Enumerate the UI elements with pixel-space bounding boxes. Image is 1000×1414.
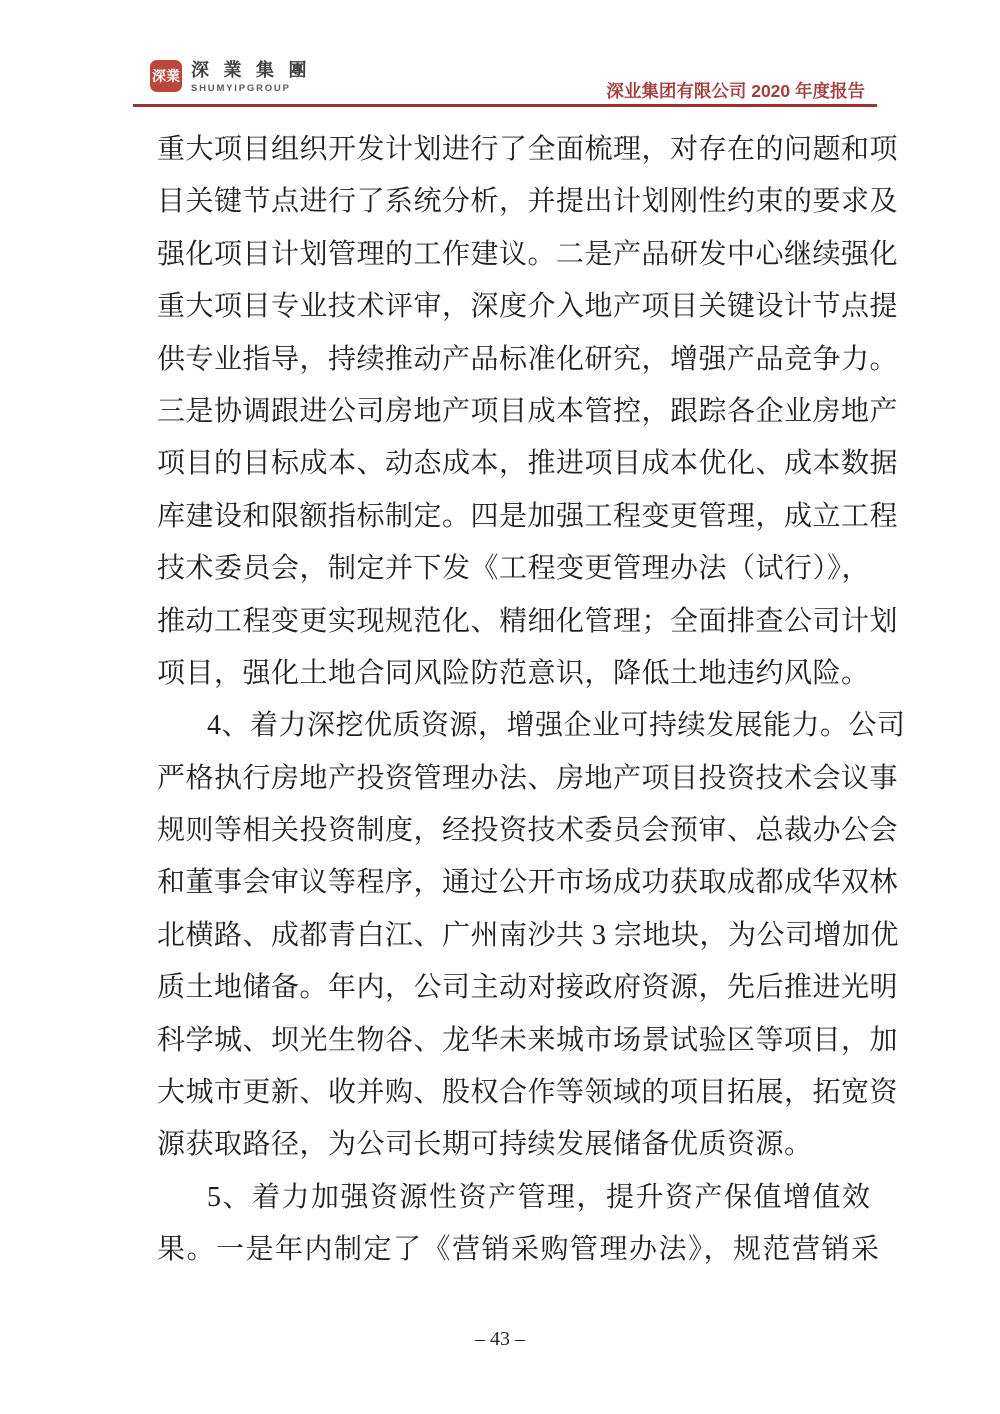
- report-title: 深业集团有限公司 2020 年度报告: [606, 78, 865, 103]
- company-name-en: SHUMYIPGROUP: [191, 82, 312, 95]
- body-line: 严格执行房地产投资管理办法、房地产项目投资技术会议事: [157, 753, 863, 805]
- body-line: 目关键节点进行了系统分析，并提出计划刚性约束的要求及: [157, 176, 863, 228]
- body-line: 果。一是年内制定了《营销采购管理办法》，规范营销采: [157, 1224, 863, 1276]
- body-line: 重大项目组织开发计划进行了全面梳理，对存在的问题和项: [157, 124, 863, 176]
- company-name-zh: 深 業 集 團: [191, 60, 312, 80]
- body-line: 4、着力深挖优质资源，增强企业可持续发展能力。公司: [157, 700, 863, 752]
- company-logo: 深業 深 業 集 團 SHUMYIPGROUP: [150, 60, 312, 95]
- page-footer: – 43 –: [0, 1328, 1000, 1351]
- logo-seal-icon: 深業: [150, 60, 182, 92]
- body-line: 源获取路径，为公司长期可持续发展储备优质资源。: [157, 1119, 863, 1171]
- page-header: 深業 深 業 集 團 SHUMYIPGROUP 深业集团有限公司 2020 年度…: [0, 0, 1000, 110]
- body-line: 质土地储备。年内，公司主动对接政府资源，先后推进光明: [157, 962, 863, 1014]
- body-line: 推动工程变更实现规范化、精细化管理；全面排查公司计划: [157, 596, 863, 648]
- body-line: 供专业指导，持续推动产品标准化研究，增强产品竞争力。: [157, 334, 863, 386]
- logo-text-block: 深 業 集 團 SHUMYIPGROUP: [191, 60, 312, 95]
- page-number: – 43 –: [475, 1328, 525, 1350]
- body-line: 库建设和限额指标制定。四是加强工程变更管理，成立工程: [157, 491, 863, 543]
- body-line: 科学城、坝光生物谷、龙华未来城市场景试验区等项目，加: [157, 1015, 863, 1067]
- body-line: 大城市更新、收并购、股权合作等领域的项目拓展，拓宽资: [157, 1067, 863, 1119]
- body-line: 项目，强化土地合同风险防范意识，降低土地违约风险。: [157, 648, 863, 700]
- body-line: 技术委员会，制定并下发《工程变更管理办法（试行）》，: [157, 543, 863, 595]
- body-line: 规则等相关投资制度，经投资技术委员会预审、总裁办公会: [157, 805, 863, 857]
- body-line: 项目的目标成本、动态成本，推进项目成本优化、成本数据: [157, 438, 863, 490]
- document-page: 深業 深 業 集 團 SHUMYIPGROUP 深业集团有限公司 2020 年度…: [0, 0, 1000, 1414]
- body-line: 北横路、成都青白江、广州南沙共 3 宗地块，为公司增加优: [157, 910, 863, 962]
- header-divider-rule: [133, 104, 877, 107]
- body-line: 强化项目计划管理的工作建议。二是产品研发中心继续强化: [157, 229, 863, 281]
- body-line: 和董事会审议等程序，通过公开市场成功获取成都成华双林: [157, 857, 863, 909]
- body-line: 重大项目专业技术评审，深度介入地产项目关键设计节点提: [157, 281, 863, 333]
- body-text-block: 重大项目组织开发计划进行了全面梳理，对存在的问题和项目关键节点进行了系统分析，并…: [157, 124, 863, 1277]
- body-line: 三是协调跟进公司房地产项目成本管控，跟踪各企业房地产: [157, 386, 863, 438]
- body-line: 5、着力加强资源性资产管理，提升资产保值增值效: [157, 1172, 863, 1224]
